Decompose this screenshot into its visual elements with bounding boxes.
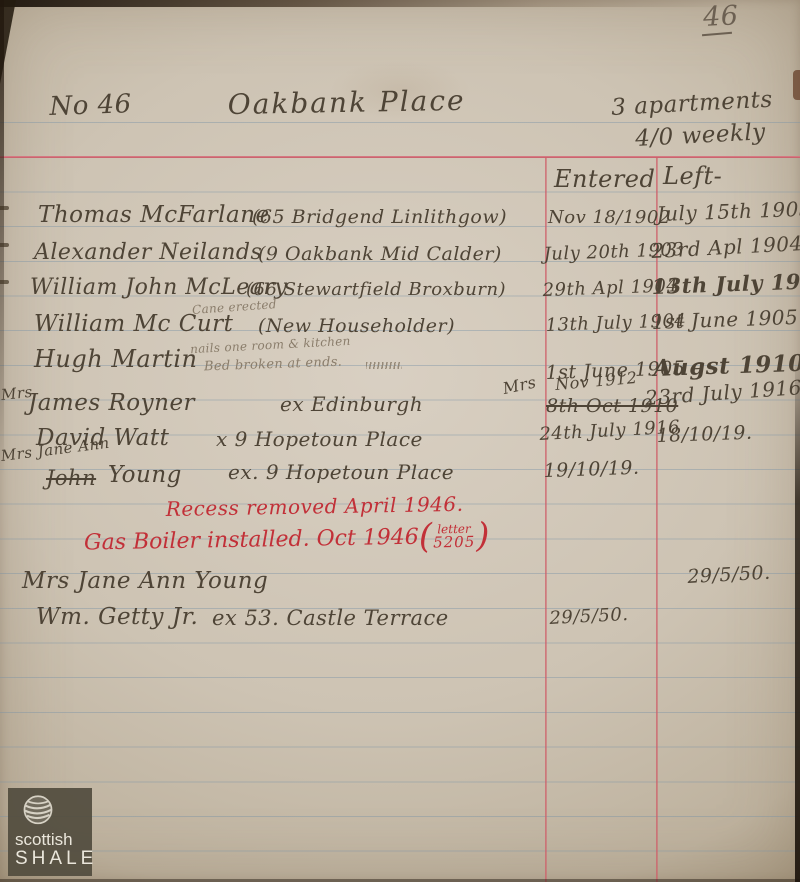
tenant-origin: (65 Bridgend Linlithgow): [252, 206, 507, 228]
illegible-scribble: [366, 362, 402, 369]
tenant-left: 1st June 1905: [651, 305, 799, 334]
page-stain: [793, 70, 800, 100]
paren-bottom-text: 5205: [433, 534, 475, 550]
tenant-left: 29/5/50.: [687, 562, 771, 588]
tenant-origin: ex. 9 Hopetoun Place: [228, 460, 454, 484]
red-column-rule-left: [656, 157, 658, 882]
column-header-left: Left-: [663, 162, 722, 190]
tenant-name: Thomas McFarlane: [38, 202, 270, 228]
book-edge-top: [0, 0, 800, 7]
tenant-name: Alexander Neilands: [34, 240, 262, 265]
book-edge-right: [795, 353, 800, 882]
tenant-origin: ex 53. Castle Terrace: [212, 606, 449, 630]
logo-text-line2: SHALE: [15, 849, 87, 870]
tenant-left: 23rd Apl 1904: [651, 231, 800, 263]
paren-stack: letter 5205: [433, 522, 476, 550]
street-title: Oakbank Place: [227, 84, 465, 121]
house-number: No 46: [49, 89, 132, 122]
tenant-left: 18/10/19.: [656, 422, 753, 447]
rent-note: 4/0 weekly: [635, 119, 767, 152]
book-edge-left: [0, 0, 4, 476]
ink-bleed-mark: [0, 280, 9, 284]
apartments-note: 3 apartments: [611, 87, 774, 121]
scottish-shale-logo: scottish SHALE: [8, 788, 92, 876]
ledger-page: 46 No 46 Oakbank Place 3 apartments 4/0 …: [0, 0, 800, 882]
tenant-origin: x 9 Hopetoun Place: [216, 427, 423, 451]
tenant-name-struck: John: [46, 466, 96, 490]
tenant-entered: 29/5/50.: [549, 604, 629, 629]
red-note-text: Gas Boiler installed. Oct 1946: [84, 524, 419, 555]
tenant-name: William Mc Curt: [34, 311, 233, 337]
paren-close: ): [476, 520, 490, 550]
tenant-name: Young: [108, 462, 182, 488]
ink-bleed-mark: [0, 206, 9, 210]
page-number: 46: [702, 0, 739, 33]
tenant-entered: Nov 18/1902: [548, 207, 671, 228]
ink-bleed-mark: [0, 243, 9, 247]
tenant-name: Wm. Getty Jr.: [36, 604, 198, 630]
tenant-origin: (66 Stewartfield Broxburn): [246, 279, 506, 300]
paren-open: (: [418, 521, 432, 551]
tenant-left: 13th July 1904: [651, 268, 800, 299]
column-header-entered: Entered: [554, 165, 655, 193]
pencil-note: nails one room & kitchen: [190, 334, 351, 356]
tenant-origin: ex Edinburgh: [280, 392, 423, 416]
logo-text-line1: scottish: [15, 831, 87, 849]
pencil-note: Bed broken at ends.: [204, 355, 343, 375]
tenant-left: July 15th 1903: [656, 197, 800, 226]
red-header-rule: [0, 156, 800, 158]
tenant-name: James Royner: [28, 390, 195, 416]
entered-correction-prefix: Mrs: [501, 372, 538, 398]
red-note-gas-boiler: Gas Boiler installed. Oct 1946 ( letter …: [84, 520, 490, 557]
tenant-origin: (9 Oakbank Mid Calder): [258, 243, 502, 265]
red-column-rule-entered: [545, 157, 547, 882]
tenant-origin: (New Householder): [258, 315, 455, 337]
tenant-name: Hugh Martin: [34, 345, 197, 373]
tenant-name: Mrs Jane Ann Young: [22, 568, 268, 594]
tenant-entered: 19/10/19.: [543, 457, 640, 482]
globe-icon: [17, 792, 59, 829]
